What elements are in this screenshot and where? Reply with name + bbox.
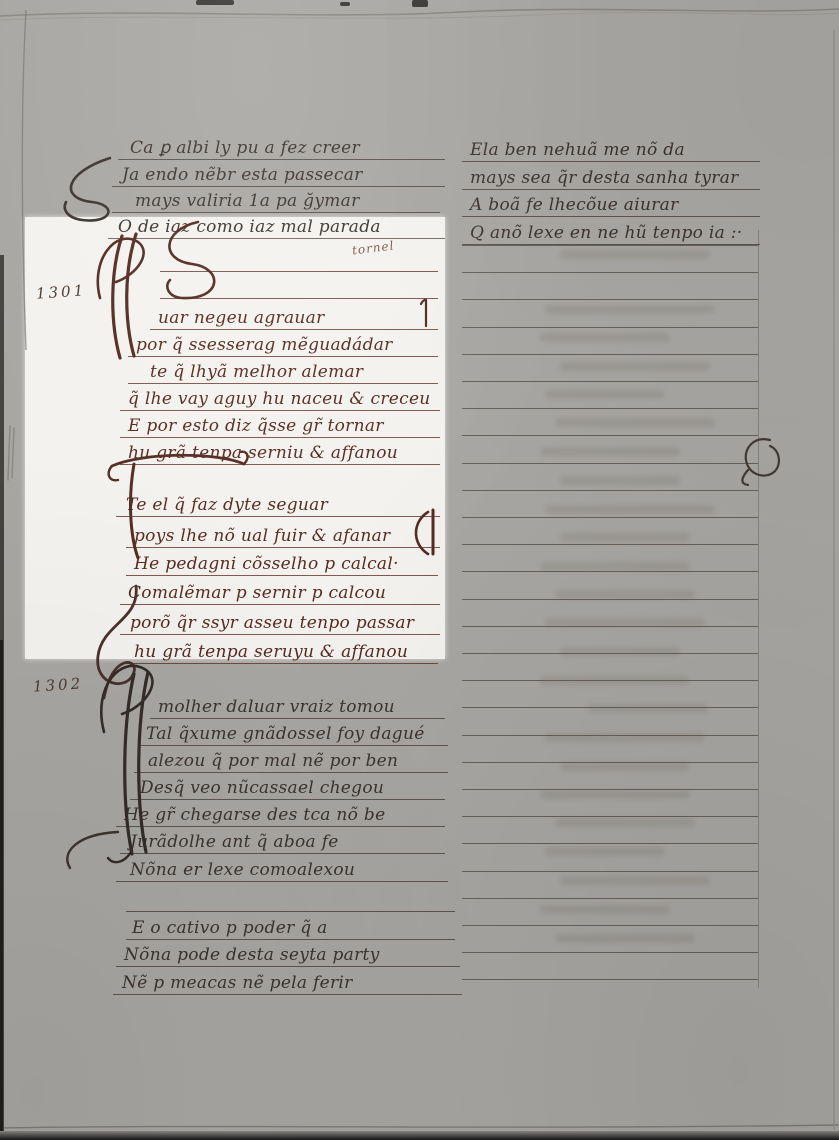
verse-line: Te el q̃ faz dyte seguar bbox=[116, 490, 440, 517]
verse-text: q̃ lhe vay aguy hu naceu & creceu bbox=[128, 389, 431, 409]
bleed-through-smudge bbox=[560, 647, 680, 656]
verse-line: hu grã tenpa seruyu & affanou bbox=[124, 637, 438, 664]
verse-text: Nõna pode desta seyta party bbox=[124, 945, 380, 965]
bleed-through-smudge bbox=[545, 305, 715, 314]
bleed-through-smudge bbox=[555, 818, 695, 827]
line-lead-swash-icon bbox=[52, 822, 124, 874]
ruled-blank-line bbox=[160, 272, 438, 299]
verse-line: q̃ lhe vay aguy hu naceu & creceu bbox=[120, 384, 440, 411]
verse-line: He pedagni cõsselho p calcal· bbox=[126, 549, 438, 576]
verse-text: Nõna er lexe comoalexou bbox=[130, 860, 355, 880]
verse-text: te q̃ lhyã melhor alemar bbox=[150, 362, 363, 382]
bleed-through-smudge bbox=[560, 762, 690, 771]
verse-text: alezou q̃ por mal nẽ por ben bbox=[148, 751, 398, 771]
verse-text: porõ q̃r ssyr asseu tenpo passar bbox=[130, 613, 414, 633]
verse-line: E o cativo p poder q̃ a bbox=[126, 913, 455, 940]
scan-border-right bbox=[833, 30, 835, 1130]
verse-text: hu grã tenpa serniu & affanou bbox=[128, 443, 398, 463]
verse-text: por q̃ ssesserag mẽguadádar bbox=[136, 335, 393, 355]
verse-line: O de iaz como iaz mal parada bbox=[108, 212, 445, 239]
scan-speck bbox=[412, 0, 428, 7]
verse-line: porõ q̃r ssyr asseu tenpo passar bbox=[120, 608, 440, 635]
ruled-blank-line bbox=[126, 885, 455, 912]
verse-text: He gr̃ chegarse des tca nõ be bbox=[124, 805, 385, 825]
verse-line: alezou q̃ por mal nẽ por ben bbox=[134, 746, 448, 773]
verse-text: Jurãdolhe ant q̃ aboa fe bbox=[130, 832, 339, 852]
bleed-through-smudge bbox=[540, 676, 690, 685]
bleed-through-smudge bbox=[560, 476, 680, 485]
bleed-through-smudge bbox=[540, 447, 680, 456]
verse-line: te q̃ lhyã melhor alemar bbox=[128, 357, 438, 384]
manuscript-page: Ca ꝑ albi ly pu a fez creer Ja endo nẽbr… bbox=[0, 0, 839, 1140]
scan-border-bottom bbox=[0, 1131, 839, 1140]
ruled-blank-line bbox=[462, 273, 758, 300]
verse-text: Te el q̃ faz dyte seguar bbox=[126, 495, 328, 515]
ruled-blank-line bbox=[462, 953, 758, 980]
verse-line: Ja endo nẽbr esta passecar bbox=[112, 160, 445, 187]
ruled-blank-line bbox=[462, 709, 758, 736]
bleed-through-smudge bbox=[560, 362, 710, 371]
verse-text: mays valiria 1a pa ğymar bbox=[135, 191, 360, 211]
verse-text: uar negeu agrauar bbox=[158, 308, 325, 328]
bleed-through-smudge bbox=[560, 876, 710, 885]
verse-text: E por esto diz q̃sse gr̃ tornar bbox=[128, 416, 384, 436]
bleed-through-smudge bbox=[545, 618, 705, 627]
verse-text: mays sea q̃r desta sanha tyrar bbox=[470, 168, 739, 188]
verse-text: Ca ꝑ albi ly pu a fez creer bbox=[130, 138, 360, 158]
bleed-through-smudge bbox=[588, 704, 708, 713]
verse-line: He gr̃ chegarse des tca nõ be bbox=[116, 800, 445, 827]
verse-line: Ela ben nehuã me nõ da bbox=[462, 135, 760, 162]
scan-speck bbox=[340, 2, 350, 6]
bleed-through-smudge bbox=[545, 847, 665, 856]
bleed-through-smudge bbox=[555, 590, 695, 599]
bleed-through-smudge bbox=[545, 390, 665, 399]
verse-line: molher daluar vraiz tomou bbox=[150, 692, 445, 719]
verse-text: He pedagni cõsselho p calcal· bbox=[134, 554, 399, 574]
verse-line: E por esto diz q̃sse gr̃ tornar bbox=[120, 411, 440, 438]
bleed-through-smudge bbox=[540, 790, 690, 799]
verse-line: uar negeu agrauar bbox=[150, 303, 438, 330]
ruled-blank-line bbox=[160, 245, 438, 272]
verse-line: Jurãdolhe ant q̃ aboa fe bbox=[120, 827, 445, 854]
scan-speck bbox=[196, 0, 234, 5]
verse-line: poys lhe nõ ual fuir & afanar bbox=[126, 521, 440, 548]
verse-text: hu grã tenpa seruyu & affanou bbox=[134, 642, 408, 662]
verse-line: por q̃ ssesserag mẽguadádar bbox=[128, 330, 438, 357]
verse-text: Comalẽmar p sernir p calcou bbox=[128, 583, 386, 603]
bleed-through-smudge bbox=[560, 250, 710, 259]
margin-number: 1301 bbox=[35, 281, 86, 302]
scan-border-left-dark bbox=[0, 640, 3, 1140]
verse-line: Nõna er lexe comoalexou bbox=[116, 855, 448, 882]
verse-line: Desq̃ veo nũcassael chegou bbox=[130, 773, 445, 800]
column-margin-rule bbox=[758, 230, 759, 988]
verse-line: Comalẽmar p sernir p calcou bbox=[120, 578, 440, 605]
verse-text: Ela ben nehuã me nõ da bbox=[470, 140, 685, 160]
verse-text: poys lhe nõ ual fuir & afanar bbox=[134, 526, 390, 546]
verse-line: Ca ꝑ albi ly pu a fez creer bbox=[118, 133, 445, 160]
bleed-through-smudge bbox=[545, 733, 705, 742]
verse-text: A boã fe lhecõue aiurar bbox=[470, 195, 679, 215]
verse-text: molher daluar vraiz tomou bbox=[158, 697, 395, 717]
verse-line: A boã fe lhecõue aiurar bbox=[462, 190, 760, 217]
verse-line: Nẽ p meacas nẽ pela ferir bbox=[113, 968, 462, 995]
bleed-through-smudge bbox=[555, 934, 695, 943]
verse-line: Nõna pode desta seyta party bbox=[116, 940, 460, 967]
bleed-through-smudge bbox=[540, 905, 670, 914]
bleed-through-smudge bbox=[540, 562, 690, 571]
verse-line: mays sea q̃r desta sanha tyrar bbox=[462, 163, 760, 190]
verse-line: hu grã tenpa serniu & affanou bbox=[120, 438, 440, 465]
verse-text: E o cativo p poder q̃ a bbox=[132, 918, 328, 938]
margin-number: 1302 bbox=[32, 674, 83, 695]
edge-scribble-icon bbox=[2, 420, 18, 490]
ruled-blank-line bbox=[462, 219, 758, 246]
verse-line: Tal q̃xume gnãdossel foy dagué bbox=[138, 719, 448, 746]
verse-text: O de iaz como iaz mal parada bbox=[118, 217, 381, 237]
bleed-through-smudge bbox=[560, 533, 690, 542]
bleed-through-smudge bbox=[540, 333, 670, 342]
verse-text: Desq̃ veo nũcassael chegou bbox=[140, 778, 384, 798]
verse-text: Ja endo nẽbr esta passecar bbox=[122, 165, 363, 185]
verse-text: Tal q̃xume gnãdossel foy dagué bbox=[146, 724, 425, 744]
bleed-through-smudge bbox=[555, 418, 715, 427]
verse-text: Nẽ p meacas nẽ pela ferir bbox=[122, 973, 353, 993]
bleed-through-smudge bbox=[545, 505, 715, 514]
verse-line: mays valiria 1a pa ğymar bbox=[112, 186, 440, 213]
